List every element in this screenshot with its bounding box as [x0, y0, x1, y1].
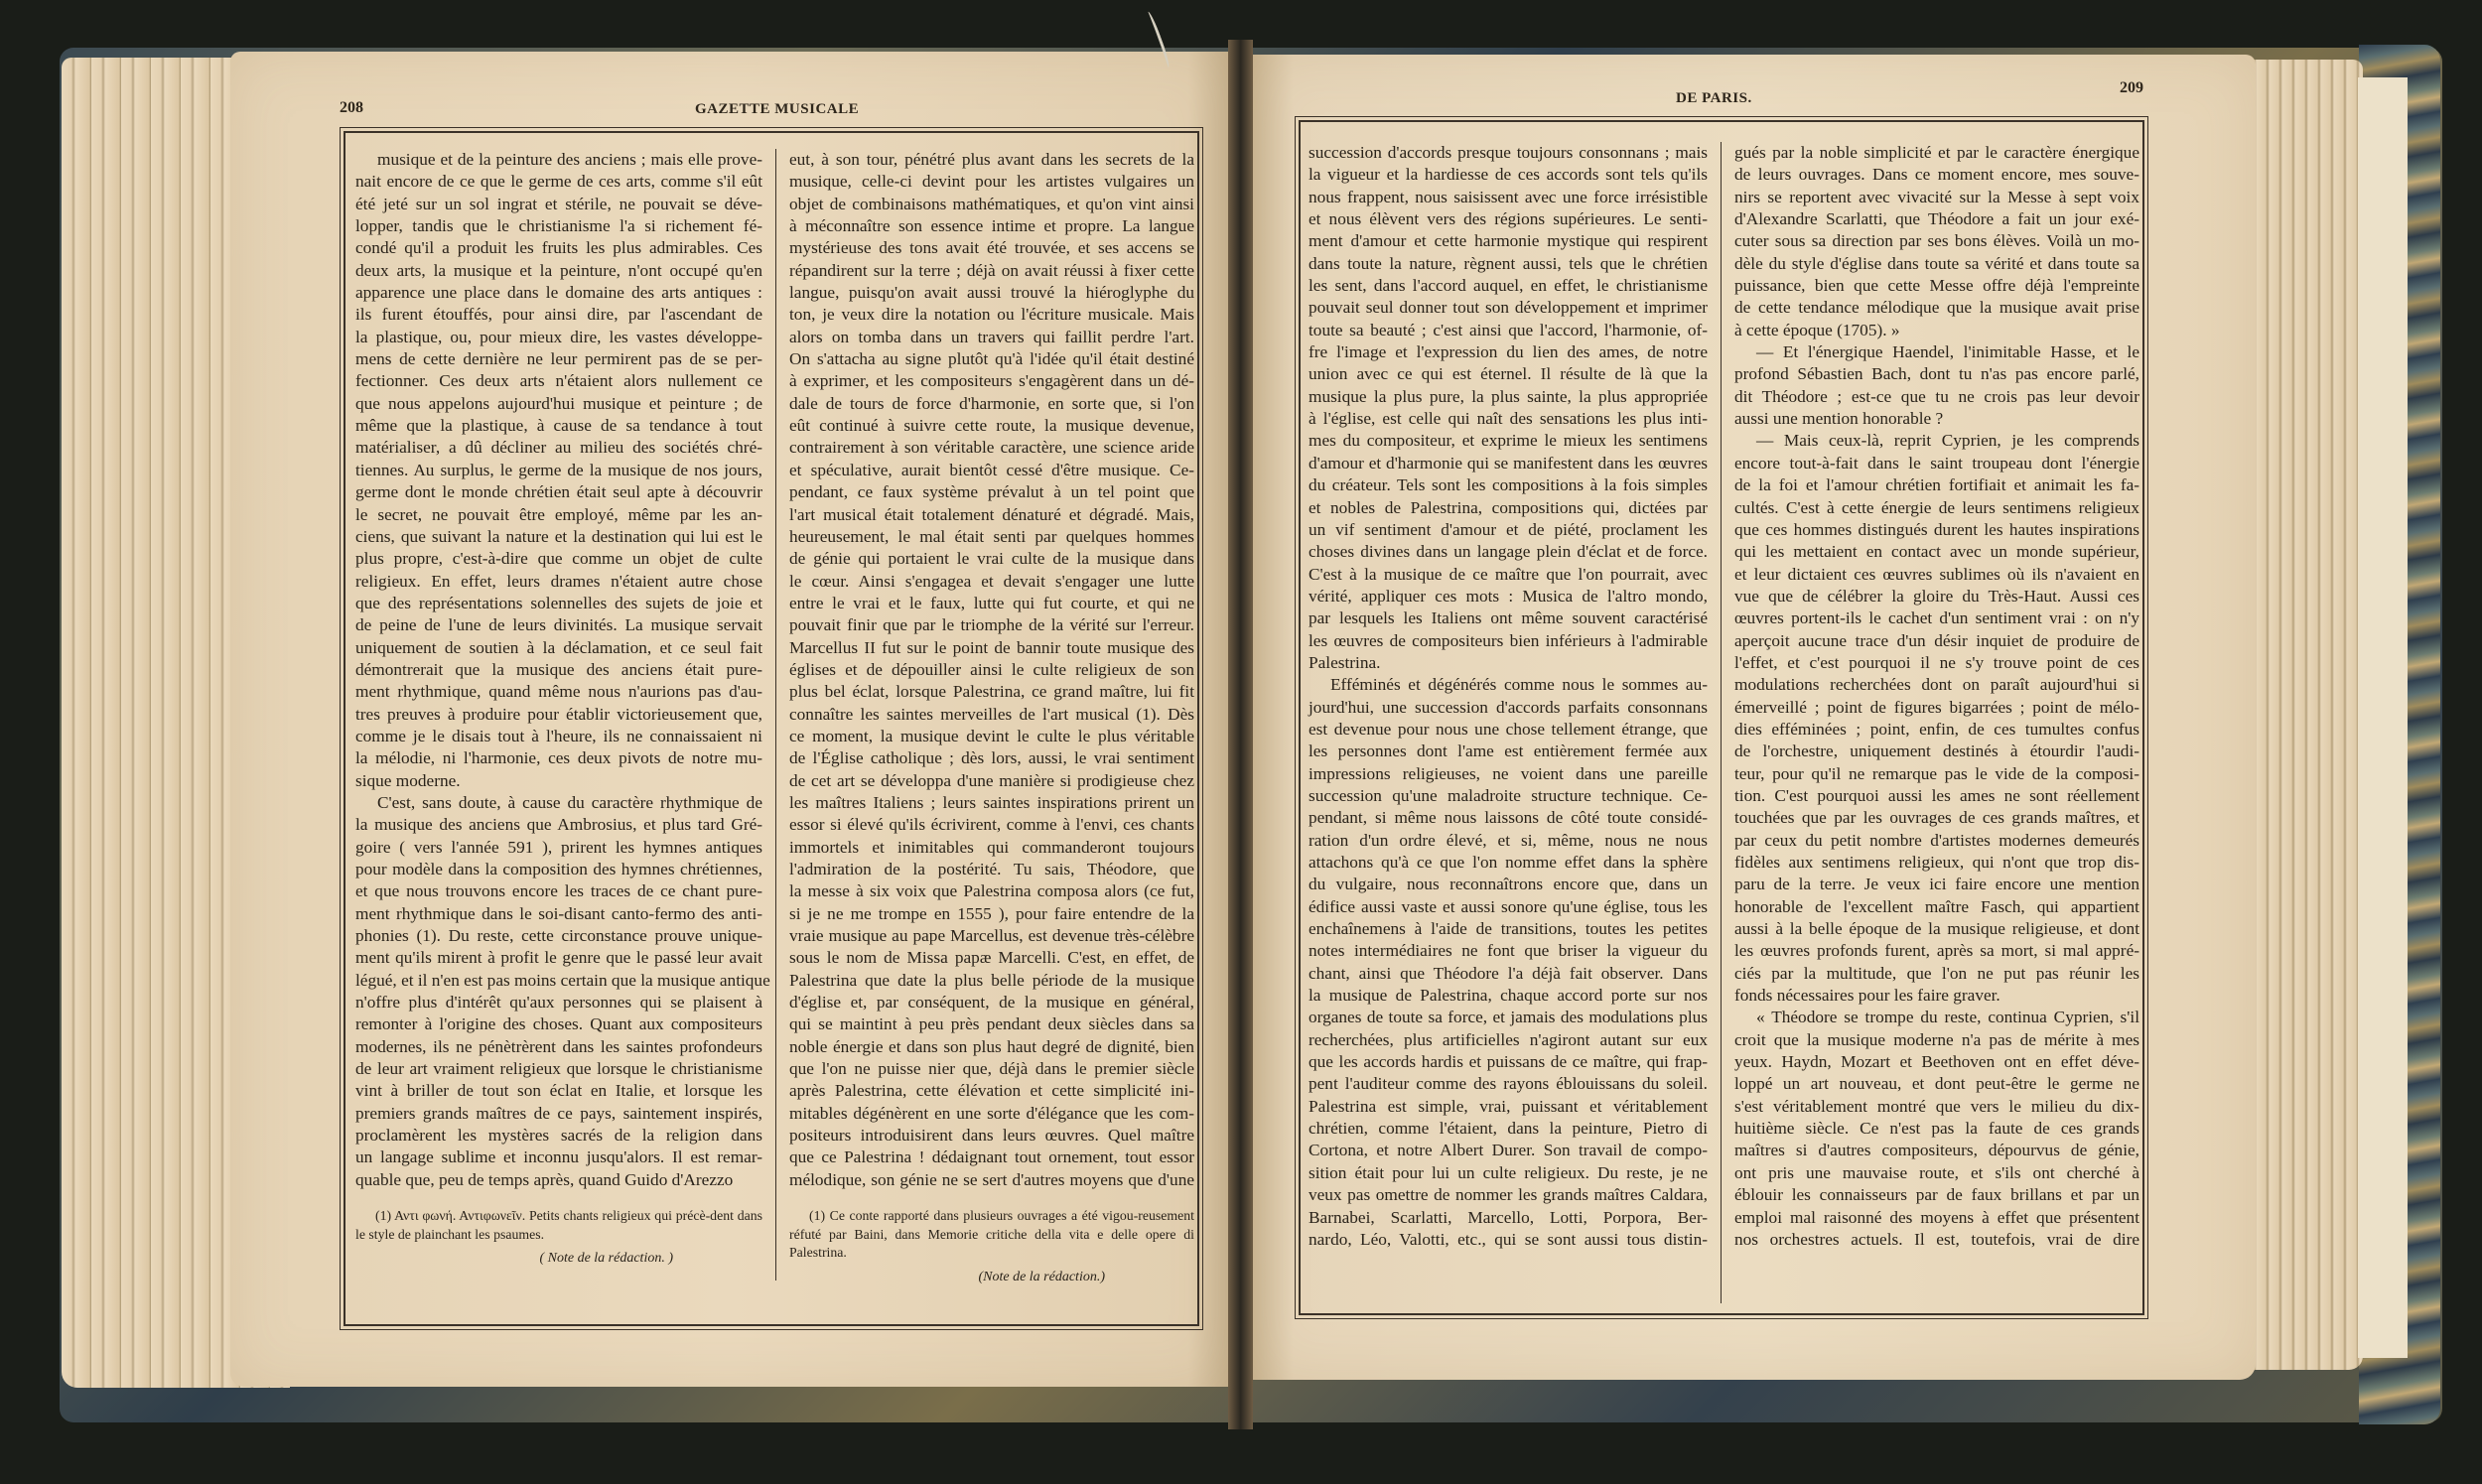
- column-rule: [775, 149, 776, 1281]
- running-head: GAZETTE MUSICALE: [695, 101, 859, 118]
- text-line: tres preuves à produire pour établir vic…: [355, 704, 762, 726]
- text-line: ment d'amour et cette harmonie mystique …: [1309, 230, 1708, 252]
- text-line: impressions religieuses, ne voient dans …: [1309, 763, 1708, 785]
- text-line: les œuvres de compositeurs bien inférieu…: [1309, 630, 1708, 652]
- text-line: ciens, que suivant la nature et la desti…: [355, 526, 762, 548]
- text-line: de l'orchestre, uniquement destinés à ét…: [1734, 741, 2139, 762]
- text-line: langue, puisqu'on avait aussi trouvé la …: [789, 282, 1194, 304]
- text-line: Palestrina est simple, vrai, puissant et…: [1309, 1096, 1708, 1118]
- text-line: pendant, si même nous laissons de côté t…: [1309, 807, 1708, 829]
- text-line: croit que la musique moderne n'a pas de …: [1734, 1029, 2139, 1051]
- text-line: la mélodie, ni l'harmonie, ces deux pivo…: [355, 747, 762, 769]
- text-line: nardo, Léo, Valotti, etc., qui se sont a…: [1309, 1229, 1708, 1251]
- text-line: teur, pour qu'il ne remarque pas le vide…: [1734, 763, 2139, 785]
- text-line: comme je le disais tout à l'heure, ils n…: [355, 726, 762, 747]
- text-line: alors on tomba dans un travers qui faill…: [789, 327, 1194, 348]
- text-line: immortels et inimitables qui commanderon…: [789, 837, 1194, 859]
- text-line: et que nous trouvons encore les traces d…: [355, 880, 762, 902]
- text-line: C'est, sans doute, à cause du caractère …: [355, 792, 762, 814]
- text-line: de leur art vraiment religieux que lorsq…: [355, 1058, 762, 1080]
- text-line: ration d'un ordre élevé, et si, même, no…: [1309, 830, 1708, 852]
- text-line: de leurs ouvrages. Dans ce moment encore…: [1734, 164, 2139, 186]
- running-head: DE PARIS.: [1676, 90, 1752, 107]
- text-line: attachons qu'à ce que l'on nomme effet d…: [1309, 852, 1708, 874]
- text-line: goire ( vers l'année 591 ), prirent les …: [355, 837, 762, 859]
- column-rule: [1721, 142, 1722, 1303]
- text-line: « Théodore se trompe du reste, continua …: [1734, 1007, 2139, 1028]
- text-line: Efféminés et dégénérés comme nous le som…: [1309, 674, 1708, 696]
- text-line: légué, et il n'en est pas moins certain …: [355, 970, 762, 992]
- text-line: chrétien, comme l'étaient, dans la peint…: [1309, 1118, 1708, 1140]
- text-line: puissance, bien que cette Messe offre dé…: [1734, 275, 2139, 297]
- text-line: répandirent sur la terre ; déjà on avait…: [789, 260, 1194, 282]
- text-line: cuter sous sa direction par ses bons élè…: [1734, 230, 2139, 252]
- text-line: veux pas omettre de nommer les grands ma…: [1309, 1184, 1708, 1206]
- text-line: deux arts, la musique et la peinture, n'…: [355, 260, 762, 282]
- text-line: C'est à la musique de ce maître que l'on…: [1309, 564, 1708, 586]
- text-line: l'effet, et c'est pourquoi il ne s'y tro…: [1734, 652, 2139, 674]
- text-columns: succession d'accords presque toujours co…: [1309, 142, 2139, 1303]
- text-line: démontrerait que la musique des anciens …: [355, 659, 762, 681]
- text-line: objet de combinaisons mathématiques, et …: [789, 194, 1194, 215]
- text-line: profond Sébastien Bach, dont tu n'as pas…: [1734, 363, 2139, 385]
- text-line: d'amour et d'harmonie qui se manifestent…: [1309, 453, 1708, 474]
- text-line: dans toute la nature, règnent aussi, tel…: [1309, 253, 1708, 275]
- text-line: touchées que par les ouvrages de ces gra…: [1734, 807, 2139, 829]
- text-line: apparence une place dans le domaine des …: [355, 282, 762, 304]
- text-line: succession d'accords presque toujours co…: [1309, 142, 1708, 164]
- text-line: pent l'auditeur comme des rayons éblouis…: [1309, 1073, 1708, 1095]
- text-line: émerveillé ; point de figures bigarrées …: [1734, 697, 2139, 719]
- text-line: eut, à son tour, pénétré plus avant dans…: [789, 149, 1194, 171]
- text-line: plus propre, c'est-à-dire que comme un o…: [355, 548, 762, 570]
- right-page-edges: [2244, 60, 2363, 1370]
- text-line: la plastique, ou, pour mieux dire, les v…: [355, 327, 762, 348]
- footnote-signature: (Note de la rédaction.): [789, 1267, 1194, 1288]
- text-line: matérialiser, a dû décliner au milieu de…: [355, 437, 762, 459]
- text-line: de peine de l'une de leurs divinités. La…: [355, 614, 762, 636]
- text-line: vraie musique au pape Marcellus, est dev…: [789, 925, 1194, 947]
- page-number: 208: [340, 99, 363, 117]
- text-line: n'offre plus d'intérêt qu'aux personnes …: [355, 992, 762, 1013]
- text-line: phonies (1). Du reste, cette circonstanc…: [355, 925, 762, 947]
- text-line: notes intermédiaires ne font que briser …: [1309, 940, 1708, 962]
- column-2: eut, à son tour, pénétré plus avant dans…: [789, 149, 1194, 1310]
- text-line: enchaînemens à l'aide de transitions, to…: [1309, 918, 1708, 940]
- text-line: encore tout-à-fait dans le saint troupea…: [1734, 453, 2139, 474]
- text-line: l'art musical était totalement dénaturé …: [789, 504, 1194, 526]
- text-line: fidèles aux sentimens religieux, qui n'o…: [1734, 852, 2139, 874]
- text-line: gués par la noble simplicité et par le c…: [1734, 142, 2139, 164]
- text-line: sique moderne.: [355, 770, 762, 792]
- text-line: entre le vrai et le faux, lutte qui fut …: [789, 593, 1194, 614]
- text-line: recherchées, plus artificielles n'agiron…: [1309, 1029, 1708, 1051]
- text-line: œuvres portent-ils le cachet d'un sentim…: [1734, 607, 2139, 629]
- text-line: ment qu'ils mirent à profit le genre que…: [355, 947, 762, 969]
- text-line: nirs se reportent avec vivacité sur la M…: [1734, 187, 2139, 208]
- text-line: dale de tours de force d'harmonie, en so…: [789, 393, 1194, 415]
- text-line: Cortona, et notre Albert Durer. Son trav…: [1309, 1140, 1708, 1161]
- text-line: connaître les saintes merveilles de l'ar…: [789, 704, 1194, 726]
- text-line: la messe à six voix que Palestrina compo…: [789, 880, 1194, 902]
- text-line: paru de la terre. Je veux ici faire enco…: [1734, 874, 2139, 895]
- text-line: un langage sublime et inconnu jusqu'alor…: [355, 1147, 762, 1168]
- text-line: nait encore de ce que le germe de ces ar…: [355, 171, 762, 193]
- text-line: yeux. Haydn, Mozart et Beethoven ont en …: [1734, 1051, 2139, 1073]
- text-line: dies efféminées ; point, enfin, de ces t…: [1734, 719, 2139, 741]
- text-line: — Mais ceux-là, reprit Cyprien, je les c…: [1734, 430, 2139, 452]
- text-line: maîtres si d'autres compositeurs, dépour…: [1734, 1140, 2139, 1161]
- text-line: eût continué à suivre cette route, la mu…: [789, 415, 1194, 437]
- text-line: nos orchestres actuels. Il est, toutefoi…: [1734, 1229, 2139, 1251]
- text-line: vue que de célébrer la gloire du Très-Ha…: [1734, 586, 2139, 607]
- text-line: de cette tendance mélodique que la musiq…: [1734, 297, 2139, 319]
- text-line: ment rhythmique dans le soi-disant canto…: [355, 903, 762, 925]
- book-gutter: [1228, 40, 1253, 1429]
- text-line: la musique de Palestrina, chaque accord …: [1309, 985, 1708, 1007]
- text-line: choses divines dans un langage plein d'é…: [1309, 541, 1708, 563]
- text-line: du créateur. Tels sont les compositions …: [1309, 474, 1708, 496]
- text-line: la vigueur et la hardiesse de ces accord…: [1309, 164, 1708, 186]
- text-line: cultés. C'est à cette énergie de leurs s…: [1734, 497, 2139, 519]
- text-line: union avec ce qui est éternel. Il résult…: [1309, 363, 1708, 385]
- text-line: pouvait seul donner tout son développeme…: [1309, 297, 1708, 319]
- text-line: par lesquels les Italiens ont même souve…: [1309, 607, 1708, 629]
- text-line: modernes, ils ne pénètrèrent dans les sa…: [355, 1036, 762, 1058]
- text-line: ciés par la multitude, que l'on ne put p…: [1734, 963, 2139, 985]
- text-line: tiennes. Au surplus, le germe de la musi…: [355, 460, 762, 481]
- text-line: toute sa beauté ; c'est ainsi que l'acco…: [1309, 320, 1708, 341]
- text-line: chant, ainsi que Théodore l'a déjà fait …: [1309, 963, 1708, 985]
- text-line: pouvait finir que par le triomphe de la …: [789, 614, 1194, 636]
- text-line: les maîtres Italiens ; leurs saintes ins…: [789, 792, 1194, 814]
- text-line: les sent, dans l'accord auquel, en effet…: [1309, 275, 1708, 297]
- text-line: jourd'hui, une succession d'accords parf…: [1309, 697, 1708, 719]
- page-number: 209: [2120, 79, 2143, 97]
- text-line: ton, je veux dire la notation ou l'écrit…: [789, 304, 1194, 326]
- text-line: mes du compositeur, et exprime le mieux …: [1309, 430, 1708, 452]
- text-line: aussi une mention honorable ?: [1734, 408, 2139, 430]
- text-line: vérité, appliquer ces mots : Musica de l…: [1309, 586, 1708, 607]
- text-line: mélodique, son génie ne se sert d'autres…: [789, 1169, 1194, 1191]
- text-line: l'admiration de la postérité. Tu sais, T…: [789, 859, 1194, 880]
- text-line: vint à briller de tout son éclat en Ital…: [355, 1080, 762, 1102]
- text-line: aperçoit aucune trace d'un désir inquiet…: [1734, 630, 2139, 652]
- text-line: fonds nécessaires pour les faire graver.: [1734, 985, 2139, 1007]
- text-line: d'Alexandre Scarlatti, que Théodore a fa…: [1734, 208, 2139, 230]
- text-line: ce moment, la musique devint le culte le…: [789, 726, 1194, 747]
- text-line: de génie qui portaient le vrai culte de …: [789, 548, 1194, 570]
- text-line: que des représentations solennelles des …: [355, 593, 762, 614]
- text-line: Palestrina que date la plus belle périod…: [789, 970, 1194, 992]
- text-line: et nous élèvent vers des régions supérie…: [1309, 208, 1708, 230]
- text-line: positeurs introduisirent dans leurs œuvr…: [789, 1125, 1194, 1147]
- text-line: religieux. En effet, leurs drames n'étai…: [355, 571, 762, 593]
- text-line: que l'on ne puisse nier que, déjà dans l…: [789, 1058, 1194, 1080]
- text-line: pendant, ce faux système prévalut à un t…: [789, 481, 1194, 503]
- text-line: loppé un art nouveau, et dont peut-être …: [1734, 1073, 2139, 1095]
- text-line: Palestrina.: [1309, 652, 1708, 674]
- column-1: musique et de la peinture des anciens ; …: [355, 149, 762, 1310]
- text-line: églises et de dépouiller ainsi le culte …: [789, 659, 1194, 681]
- text-line: ont pris une mauvaise route, et s'ils on…: [1734, 1162, 2139, 1184]
- text-line: fre l'image et l'expression du lien des …: [1309, 341, 1708, 363]
- text-line: ment rhythmique, quand même nous n'aurio…: [355, 681, 762, 703]
- text-line: à cette époque (1705). »: [1734, 320, 2139, 341]
- text-line: On s'attacha au signe plutôt qu'à l'idée…: [789, 348, 1194, 370]
- text-line: Marcellus II fut sur le point de bannir …: [789, 637, 1194, 659]
- text-line: et nobles de Palestrina, compositions qu…: [1309, 497, 1708, 519]
- text-line: de la foi et l'amour chrétien fortifiait…: [1734, 474, 2139, 496]
- text-line: succession qu'une maladroite structure t…: [1309, 785, 1708, 807]
- text-line: même que la plastique, à cause de sa ten…: [355, 415, 762, 437]
- column-1: succession d'accords presque toujours co…: [1309, 142, 1708, 1303]
- text-line: proclamèrent les mystères sacrés de la r…: [355, 1125, 762, 1147]
- text-line: et leur dictaient ces œuvres sublimes où…: [1734, 564, 2139, 586]
- text-line: été jeté sur un sol ingrat et stérile, n…: [355, 194, 762, 215]
- text-line: que ce Palestrina ! dédaignant tout orne…: [789, 1147, 1194, 1168]
- text-line: mystérieuse des tons avait été trouvée, …: [789, 237, 1194, 259]
- text-line: essor si élevé qu'ils écrivirent, comme …: [789, 814, 1194, 836]
- text-line: mitables dégénèrent en une sorte d'éléga…: [789, 1103, 1194, 1125]
- text-line: que ces hommes distingués durent les hau…: [1734, 519, 2139, 541]
- text-line: d'église et, par conséquent, de la musiq…: [789, 992, 1194, 1013]
- text-line: à méconnaître son essence intime et prop…: [789, 215, 1194, 237]
- text-line: qui se maintint à peu près pendant deux …: [789, 1013, 1194, 1035]
- text-line: que nous appelons aujourd'hui musique et…: [355, 393, 762, 415]
- text-line: honorable de l'excellent maître Fasch, q…: [1734, 896, 2139, 918]
- text-line: les personnes dont l'ame est entièrement…: [1309, 741, 1708, 762]
- text-line: dèle du style d'église dans toute sa vér…: [1734, 253, 2139, 275]
- text-line: modulations recherchées dont on paraît a…: [1734, 674, 2139, 696]
- text-line: si je ne me trompe en 1555 ), pour faire…: [789, 903, 1194, 925]
- text-line: musique et de la peinture des anciens ; …: [355, 149, 762, 171]
- footnote-signature: ( Note de la rédaction. ): [355, 1248, 762, 1270]
- text-line: Barnabei, Scarlatti, Marcello, Lotti, Po…: [1309, 1207, 1708, 1229]
- left-page: 208 GAZETTE MUSICALE musique et de la pe…: [230, 52, 1228, 1387]
- text-line: par ceux du petit nombre d'artistes mode…: [1734, 830, 2139, 852]
- text-line: remonter à l'origine des choses. Quant a…: [355, 1013, 762, 1035]
- text-line: condé qu'il a produit les fruits les plu…: [355, 237, 762, 259]
- text-line: fectionner. Ces deux arts n'étaient alor…: [355, 370, 762, 392]
- right-page: DE PARIS. 209 succession d'accords presq…: [1253, 55, 2256, 1380]
- text-line: de l'Église catholique ; dès lors, aussi…: [789, 747, 1194, 769]
- text-line: tion. C'est pourquoi aussi les ames ne s…: [1734, 785, 2139, 807]
- text-line: après Palestrina, cette élévation et cet…: [789, 1080, 1194, 1102]
- text-line: ils furent étouffés, pour ainsi dire, pa…: [355, 304, 762, 326]
- text-line: noble énergie et dans son plus haut degr…: [789, 1036, 1194, 1058]
- footnote: (1) Ce conte rapporté dans plusieurs ouv…: [789, 1207, 1194, 1263]
- text-line: quable que, peu de temps après, quand Gu…: [355, 1169, 762, 1191]
- text-line: aussi à la belle époque de la musique re…: [1734, 918, 2139, 940]
- text-line: à l'église, est celle qui naît des sensa…: [1309, 408, 1708, 430]
- text-line: est devenue pour nous une chose tellemen…: [1309, 719, 1708, 741]
- text-line: les œuvres profonds furent, après sa mor…: [1734, 940, 2139, 962]
- text-line: un vif sentiment d'amour et de piété, pr…: [1309, 519, 1708, 541]
- text-line: mens de cette dernière ne leur permirent…: [355, 348, 762, 370]
- text-line: le cœur. Ainsi s'engagea et devait s'eng…: [789, 571, 1194, 593]
- text-line: et spéculative, aurait bientôt cessé d'ê…: [789, 460, 1194, 481]
- text-line: nous frappent, nous saisissent avec une …: [1309, 187, 1708, 208]
- text-line: pour modèle dans la composition des hymn…: [355, 859, 762, 880]
- text-line: éblouir les connaisseurs par de faux bri…: [1734, 1184, 2139, 1206]
- text-line: organes de toute sa force, et jamais des…: [1309, 1007, 1708, 1028]
- text-line: que les accords hardis et puissans de ce…: [1309, 1051, 1708, 1073]
- text-line: heureusement, le mal était senti par que…: [789, 526, 1194, 548]
- text-line: — Et l'énergique Haendel, l'inimitable H…: [1734, 341, 2139, 363]
- text-line: la musique des anciens que Ambrosius, et…: [355, 814, 762, 836]
- flyleaf: [2358, 77, 2408, 1358]
- text-line: à exprimer, et les compositeurs s'engagè…: [789, 370, 1194, 392]
- text-line: sous le nom de Missa papæ Marcelli. C'es…: [789, 947, 1194, 969]
- text-line: édifice aussi vaste et aussi sonore qu'u…: [1309, 896, 1708, 918]
- column-2: gués par la noble simplicité et par le c…: [1734, 142, 2139, 1303]
- text-line: qui les mettaient en contact avec un mon…: [1734, 541, 2139, 563]
- text-line: sition était pour lui un culte religieux…: [1309, 1162, 1708, 1184]
- text-line: musique, celle-ci devint pour les artist…: [789, 171, 1194, 193]
- text-line: germe dont le monde chrétien était seul …: [355, 481, 762, 503]
- text-line: musique la plus pure, la plus sainte, la…: [1309, 386, 1708, 408]
- text-line: premiers grands maîtres de ce pays, sain…: [355, 1103, 762, 1125]
- text-line: dit Théodore ; est-ce que tu ne crois pa…: [1734, 386, 2139, 408]
- text-line: de cet art se développa d'une manière si…: [789, 770, 1194, 792]
- text-columns: musique et de la peinture des anciens ; …: [355, 149, 1194, 1310]
- text-line: du vulgaire, nous reconnaîtrons encore q…: [1309, 874, 1708, 895]
- text-line: huitième siècle. Ce n'est pas la faute d…: [1734, 1118, 2139, 1140]
- text-line: le secret, ne pouvait être employé, même…: [355, 504, 762, 526]
- text-line: lopper, tandis que le christianisme l'a …: [355, 215, 762, 237]
- text-line: s'est véritablement montré que vers le m…: [1734, 1096, 2139, 1118]
- text-line: plus bel éclat, lorsque Palestrina, ce g…: [789, 681, 1194, 703]
- text-line: contrairement à son véritable caractère,…: [789, 437, 1194, 459]
- text-line: emploi mal raisonné des moyens à effet q…: [1734, 1207, 2139, 1229]
- footnote: (1) Αντι φωνή. Αντιφωνεῖν. Petits chants…: [355, 1207, 762, 1244]
- text-line: uniquement de soutien à la déclamation, …: [355, 637, 762, 659]
